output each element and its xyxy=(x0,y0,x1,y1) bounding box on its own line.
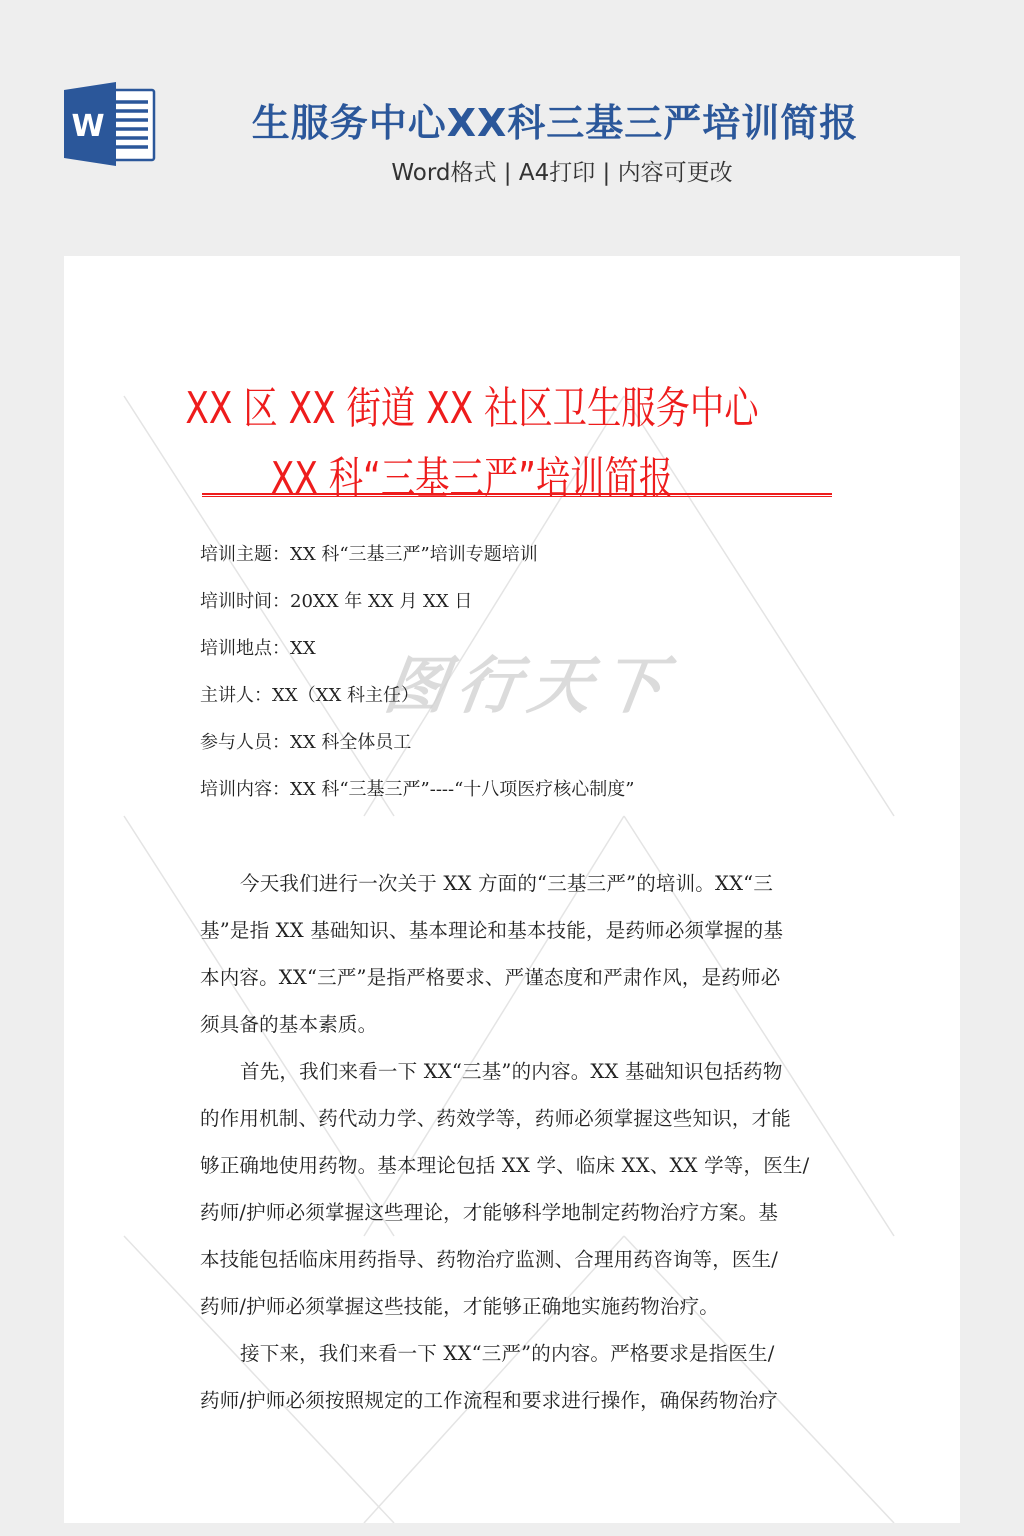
body-line: 本内容。XX“三严”是指严格要求、严谨态度和严肃作风，是药师必 xyxy=(200,962,780,990)
info-speaker: 主讲人：XX（XX 科主任） xyxy=(200,681,419,707)
banner-subtitle: Word格式 | A4打印 | 内容可更改 xyxy=(0,154,1024,187)
body-line: 够正确地使用药物。基本理论包括 XX 学、临床 XX、XX 学等，医生/ xyxy=(200,1150,809,1178)
body-line: 药师/护师必须掌握这些理论，才能够科学地制定药物治疗方案。基 xyxy=(200,1197,778,1225)
info-content: 培训内容：XX 科“三基三严”----“十八项医疗核心制度” xyxy=(200,775,635,801)
watermark-text: 图行天下 xyxy=(380,636,681,725)
body-line: 接下来，我们来看一下 XX“三严”的内容。严格要求是指医生/ xyxy=(240,1338,774,1366)
body-line: 须具备的基本素质。 xyxy=(200,1009,377,1037)
document-title-line1: XX 区 XX 街道 XX 社区卫生服务中心 xyxy=(123,372,822,436)
info-participants: 参与人员：XX 科全体员工 xyxy=(200,728,411,754)
info-location: 培训地点：XX xyxy=(200,634,316,660)
body-line: 的作用机制、药代动力学、药效学等，药师必须掌握这些知识，才能 xyxy=(200,1103,791,1131)
body-line: 基”是指 XX 基础知识、基本理论和基本技能，是药师必须掌握的基 xyxy=(200,915,783,943)
banner: W 生服务中心XX科三基三严培训简报 Word格式 | A4打印 | 内容可更改 xyxy=(0,0,1024,256)
info-time: 培训时间：20XX 年 XX 月 XX 日 xyxy=(200,587,472,613)
body-line: 首先，我们来看一下 XX“三基”的内容。XX 基础知识包括药物 xyxy=(240,1056,783,1084)
red-double-rule xyxy=(202,493,832,497)
banner-title: 生服务中心XX科三基三严培训简报 xyxy=(0,92,1024,147)
body-line: 药师/护师必须按照规定的工作流程和要求进行操作，确保药物治疗 xyxy=(200,1385,778,1413)
body-line: 今天我们进行一次关于 XX 方面的“三基三严”的培训。XX“三 xyxy=(240,868,773,896)
document-page: 图行天下 XX 区 XX 街道 XX 社区卫生服务中心 XX 科“三基三严”培训… xyxy=(64,256,960,1523)
info-topic: 培训主题：XX 科“三基三严”培训专题培训 xyxy=(200,540,538,566)
body-line: 本技能包括临床用药指导、药物治疗监测、合理用药咨询等，医生/ xyxy=(200,1244,778,1272)
body-line: 药师/护师必须掌握这些技能，才能够正确地实施药物治疗。 xyxy=(200,1291,719,1319)
